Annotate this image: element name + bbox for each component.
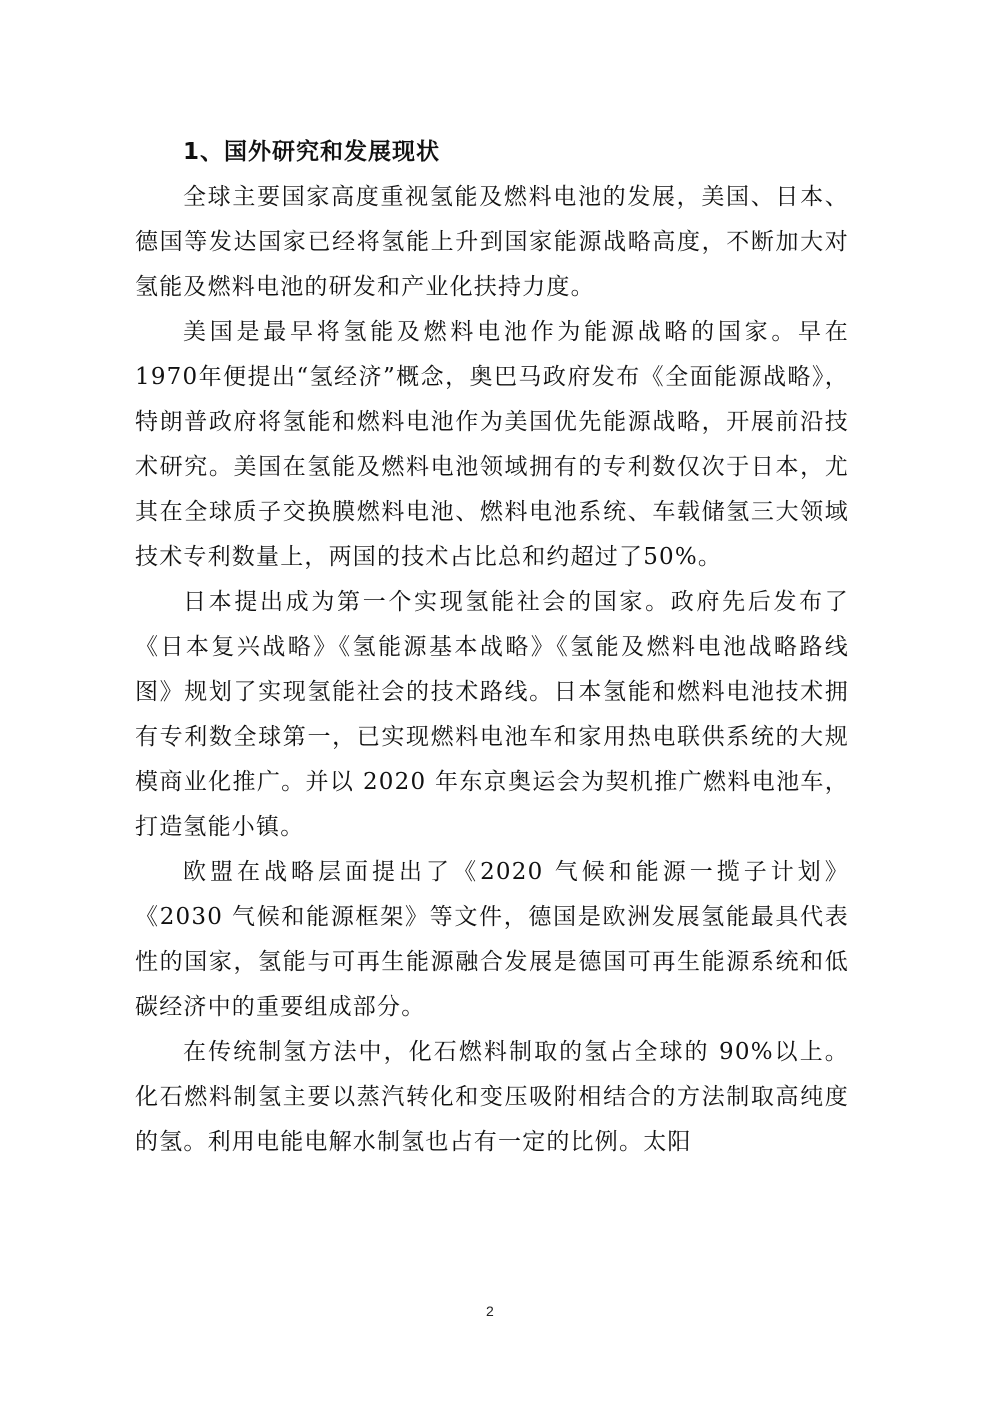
document-body: 1、国外研究和发展现状 全球主要国家高度重视氢能及燃料电池的发展，美国、日本、德… — [135, 130, 849, 1165]
paragraph-usa: 美国是最早将氢能及燃料电池作为能源战略的国家。早在1970年便提出“氢经济”概念… — [135, 310, 849, 580]
paragraph-eu: 欧盟在战略层面提出了《2020 气候和能源一揽子计划》《2030 气候和能源框架… — [135, 850, 849, 1030]
section-heading: 1、国外研究和发展现状 — [135, 130, 849, 175]
paragraph-hydrogen-production: 在传统制氢方法中，化石燃料制取的氢占全球的 90%以上。化石燃料制氢主要以蒸汽转… — [135, 1030, 849, 1165]
page-number: 2 — [486, 1303, 494, 1319]
paragraph-japan: 日本提出成为第一个实现氢能社会的国家。政府先后发布了《日本复兴战略》《氢能源基本… — [135, 580, 849, 850]
paragraph-overview: 全球主要国家高度重视氢能及燃料电池的发展，美国、日本、德国等发达国家已经将氢能上… — [135, 175, 849, 310]
document-page: 1、国外研究和发展现状 全球主要国家高度重视氢能及燃料电池的发展，美国、日本、德… — [0, 0, 992, 1403]
